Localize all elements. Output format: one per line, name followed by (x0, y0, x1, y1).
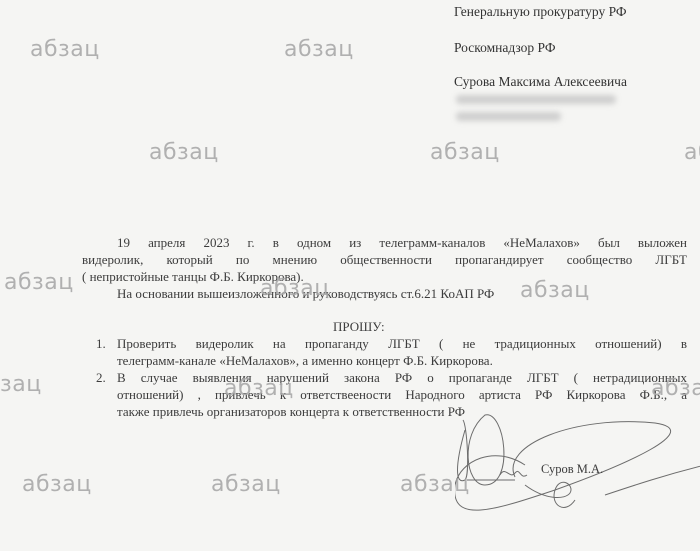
watermark: абзац (284, 37, 354, 62)
recipient-roskomnadzor: Роскомнадзор РФ (454, 40, 555, 56)
request-item-1-line-1: Проверить видеролик на пропаганду ЛГБТ (… (117, 336, 687, 352)
watermark: абзац (22, 472, 92, 497)
watermark: абзац (430, 140, 500, 165)
request-item-1-number: 1. (96, 336, 106, 352)
watermark: абзац (684, 140, 700, 165)
recipient-prosecutor: Генеральную прокуратуру РФ (454, 4, 627, 20)
watermark: абзац (149, 140, 219, 165)
document-page: Генеральную прокуратуру РФ Роскомнадзор … (0, 0, 700, 551)
request-item-2-line-1: В случае выявления нарушений закона РФ о… (117, 370, 687, 386)
request-item-1-line-2: телеграмм-канале «НеМалахов», а именно к… (117, 353, 493, 369)
watermark: абзац (0, 372, 42, 397)
redacted-address-line-1 (456, 95, 616, 104)
request-title: ПРОШУ: (333, 319, 385, 335)
body-line-1: 19 апреля 2023 г. в одном из телеграмм-к… (117, 235, 687, 251)
request-item-2-number: 2. (96, 370, 106, 386)
watermark: абзац (211, 472, 281, 497)
request-item-2-line-2: отношений) , привлечь к ответствеености … (117, 387, 687, 403)
watermark: абзац (651, 376, 700, 401)
watermark: абзац (30, 37, 100, 62)
sender-name: Сурова Максима Алексеевича (454, 74, 627, 90)
watermark: абзац (260, 276, 330, 301)
watermark: абзац (400, 472, 470, 497)
body-line-2: видеролик, который по мнению общественно… (82, 252, 687, 268)
request-item-2-line-3: также привлечь организаторов концерта к … (117, 404, 465, 420)
watermark: абзац (4, 270, 74, 295)
signature-name: Суров М.А. (541, 462, 603, 477)
redacted-address-line-2 (456, 112, 561, 121)
watermark: абзац (224, 376, 294, 401)
watermark: абзац (520, 278, 590, 303)
